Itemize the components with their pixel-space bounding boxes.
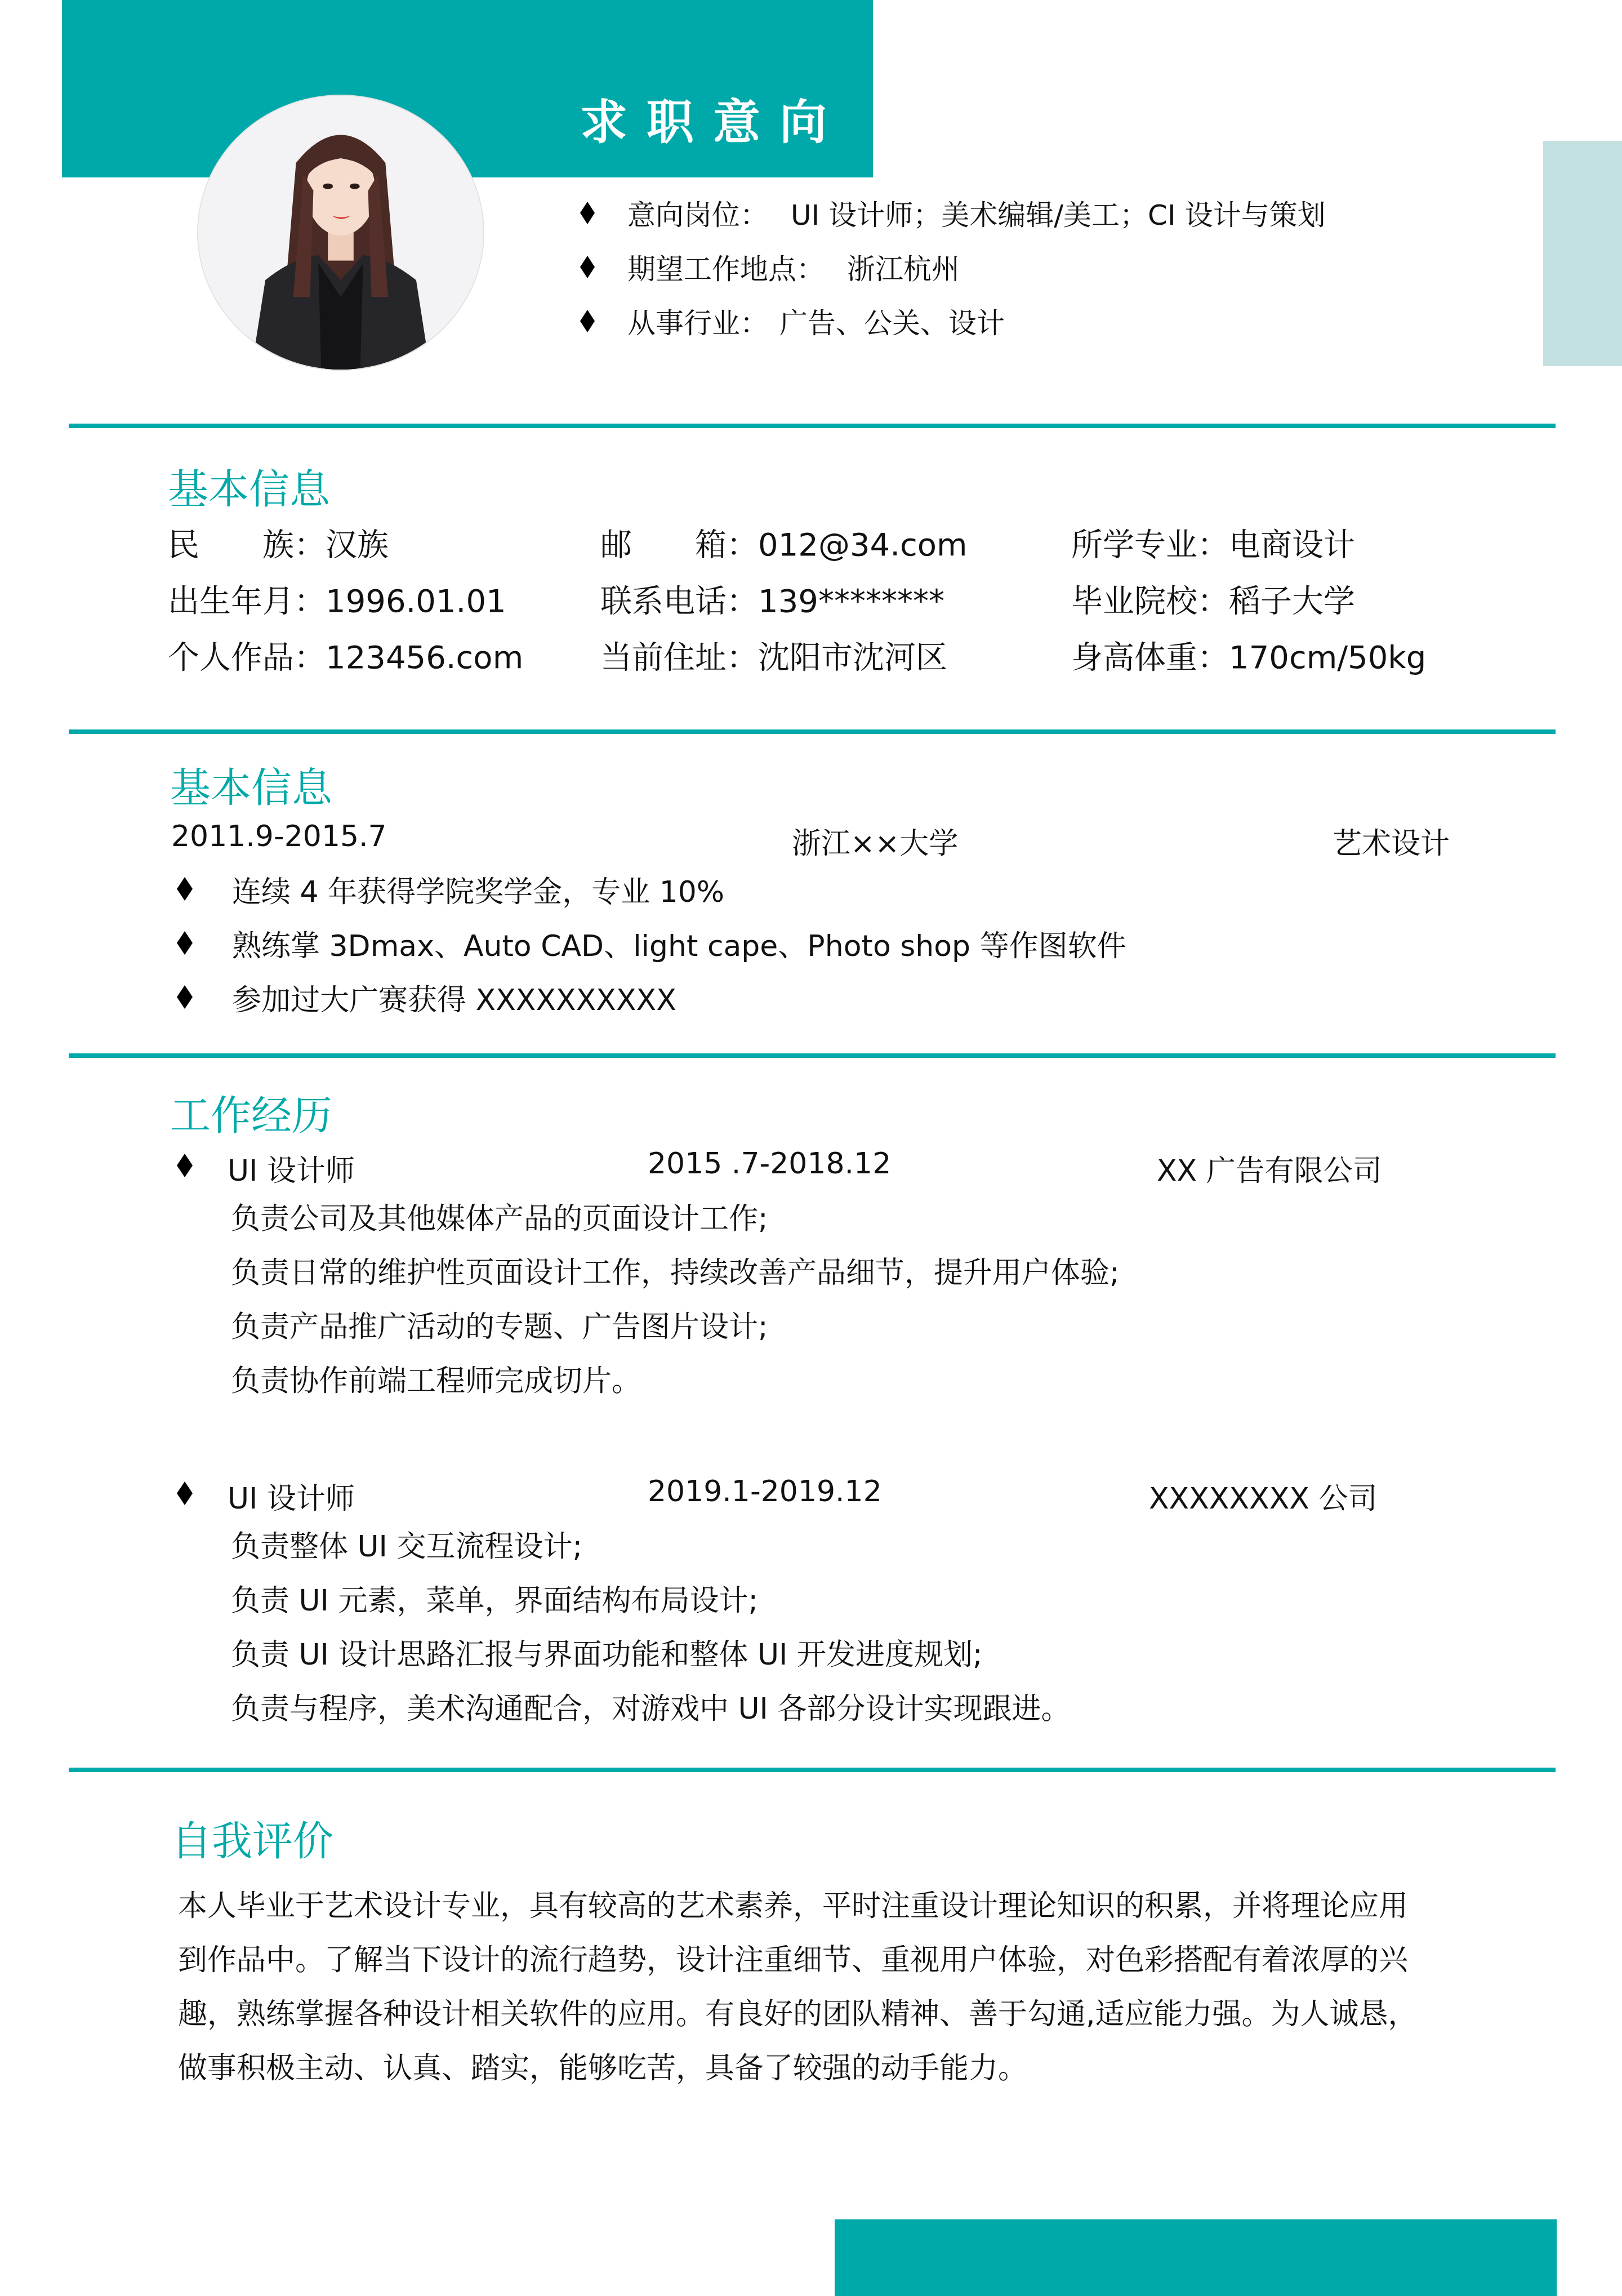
- bullet-text: 连续 4 年获得学院奖学金，专业 10%: [232, 868, 724, 910]
- job-role: UI 设计师: [228, 1147, 355, 1189]
- job-duty: 负责产品推广活动的专题、广告图片设计;: [231, 1300, 1120, 1354]
- info-value: 电商设计: [1229, 527, 1355, 563]
- info-label: 联系电话：: [600, 583, 758, 620]
- job-header: UI 设计师 2019.1-2019.12 XXXXXXXX 公司: [0, 1470, 1622, 1515]
- self-eval-line: 趣，熟练掌握各种设计相关软件的应用。有良好的团队精神、善于勾通,适应能力强。为人…: [178, 1987, 1418, 2041]
- info-row: 出生年月：1996.01.01 联系电话：139******** 毕业院校：稻子…: [168, 573, 1519, 630]
- info-label: 出生年月：: [168, 583, 326, 620]
- job-duties: 负责整体 UI 交互流程设计; 负责 UI 元素，菜单，界面结构布局设计; 负责…: [231, 1520, 1070, 1736]
- job-company: XX 广告有限公司: [1157, 1147, 1382, 1189]
- job-period: 2019.1-2019.12: [648, 1475, 882, 1509]
- info-label: 身高体重：: [1071, 639, 1229, 676]
- diamond-bullet-icon: [177, 877, 193, 901]
- info-label: 邮 箱：: [600, 527, 758, 563]
- portrait-photo-icon: [198, 96, 483, 370]
- education-bullet: 熟练掌 3Dmax、Auto CAD、light cape、Photo shop…: [177, 916, 1126, 970]
- intent-value: UI 设计师；美术编辑/美工；CI 设计与策划: [791, 193, 1326, 233]
- job-duties: 负责公司及其他媒体产品的页面设计工作; 负责日常的维护性页面设计工作，持续改善产…: [231, 1192, 1120, 1408]
- info-row: 民 族：汉族 邮 箱：012@34.com 所学专业：电商设计: [168, 517, 1519, 573]
- info-value: 123456.com: [326, 639, 523, 676]
- info-label: 个人作品：: [168, 639, 326, 676]
- self-eval-line: 本人毕业于艺术设计专业，具有较高的艺术素养，平时注重设计理论知识的积累，并将理论…: [178, 1879, 1418, 1933]
- info-value: 汉族: [326, 527, 389, 563]
- section-divider: [69, 1768, 1556, 1772]
- job-duty: 负责日常的维护性页面设计工作，持续改善产品细节，提升用户体验;: [231, 1246, 1120, 1300]
- info-label: 所学专业：: [1071, 527, 1229, 563]
- education-bullet: 参加过大广赛获得 XXXXXXXXXX: [177, 970, 1126, 1024]
- avatar: [197, 95, 484, 371]
- self-eval-line: 到作品中。了解当下设计的流行趋势，设计注重细节、重视用户体验，对色彩搭配有着浓厚…: [178, 1933, 1418, 1987]
- diamond-bullet-icon: [177, 1481, 193, 1505]
- job-duty: 负责 UI 元素，菜单，界面结构布局设计;: [231, 1574, 1070, 1628]
- diamond-bullet-icon: [177, 931, 193, 955]
- intent-label: 从事行业：: [627, 301, 768, 341]
- info-label: 当前住址：: [600, 639, 758, 676]
- section-divider: [69, 1053, 1556, 1058]
- education-period: 2011.9-2015.7: [171, 820, 387, 853]
- job-header: UI 设计师 2015 .7-2018.12 XX 广告有限公司: [0, 1142, 1622, 1187]
- education-school: 浙江××大学: [792, 820, 958, 862]
- job-company: XXXXXXXX 公司: [1149, 1475, 1378, 1517]
- job-period: 2015 .7-2018.12: [648, 1147, 891, 1181]
- job-duty: 负责整体 UI 交互流程设计;: [231, 1520, 1070, 1574]
- diamond-bullet-icon: [580, 310, 595, 332]
- job-intent-list: 意向岗位： UI 设计师；美术编辑/美工；CI 设计与策划 期望工作地点： 浙江…: [580, 186, 1326, 348]
- intent-item-industry: 从事行业： 广告、公关、设计: [580, 294, 1326, 348]
- intent-label: 期望工作地点：: [627, 247, 825, 287]
- job-duty: 负责 UI 设计思路汇报与界面功能和整体 UI 开发进度规划;: [231, 1628, 1070, 1682]
- education-major: 艺术设计: [1333, 820, 1450, 862]
- diamond-bullet-icon: [177, 1154, 193, 1177]
- job-duty: 负责与程序，美术沟通配合，对游戏中 UI 各部分设计实现跟进。: [231, 1682, 1070, 1736]
- job-duty: 负责协作前端工程师完成切片。: [231, 1354, 1120, 1408]
- info-value: 沈阳市沈河区: [758, 639, 947, 676]
- self-eval-body: 本人毕业于艺术设计专业，具有较高的艺术素养，平时注重设计理论知识的积累，并将理论…: [178, 1879, 1418, 2095]
- info-value: 稻子大学: [1229, 583, 1355, 620]
- bullet-text: 熟练掌 3Dmax、Auto CAD、light cape、Photo shop…: [232, 922, 1126, 964]
- info-value: 170cm/50kg: [1229, 639, 1426, 676]
- info-value: 012@34.com: [758, 527, 968, 563]
- intent-item-position: 意向岗位： UI 设计师；美术编辑/美工；CI 设计与策划: [580, 186, 1326, 240]
- education-bullet: 连续 4 年获得学院奖学金，专业 10%: [177, 862, 1126, 916]
- intent-item-location: 期望工作地点： 浙江杭州: [580, 240, 1326, 294]
- info-label: 民 族：: [168, 527, 326, 563]
- self-eval-line: 做事积极主动、认真、踏实，能够吃苦，具备了较强的动手能力。: [178, 2041, 1418, 2095]
- diamond-bullet-icon: [177, 985, 193, 1009]
- bullet-text: 参加过大广赛获得 XXXXXXXXXX: [232, 976, 676, 1018]
- diamond-bullet-icon: [580, 256, 595, 278]
- basic-info-title: 基本信息: [168, 456, 330, 515]
- job-intent-title: 求职意向: [580, 84, 846, 153]
- info-row: 个人作品：123456.com 当前住址：沈阳市沈河区 身高体重：170cm/5…: [168, 630, 1519, 686]
- work-title: 工作经历: [170, 1083, 332, 1141]
- basic-info-grid: 民 族：汉族 邮 箱：012@34.com 所学专业：电商设计 出生年月：199…: [168, 517, 1519, 686]
- education-title: 基本信息: [170, 755, 332, 813]
- self-eval-title: 自我评价: [171, 1808, 333, 1867]
- job-role: UI 设计师: [228, 1475, 355, 1517]
- intent-value: 浙江杭州: [847, 247, 960, 287]
- section-divider: [69, 729, 1556, 734]
- job-duty: 负责公司及其他媒体产品的页面设计工作;: [231, 1192, 1120, 1246]
- side-accent-tab: [1543, 141, 1622, 366]
- info-label: 毕业院校：: [1071, 583, 1229, 620]
- info-value: 139********: [758, 583, 944, 620]
- info-value: 1996.01.01: [326, 583, 506, 620]
- section-divider: [69, 424, 1556, 428]
- diamond-bullet-icon: [580, 202, 595, 224]
- intent-value: 广告、公关、设计: [779, 301, 1005, 341]
- education-bullets: 连续 4 年获得学院奖学金，专业 10% 熟练掌 3Dmax、Auto CAD、…: [177, 862, 1126, 1024]
- footer-accent-block: [835, 2219, 1557, 2296]
- intent-label: 意向岗位：: [627, 193, 768, 233]
